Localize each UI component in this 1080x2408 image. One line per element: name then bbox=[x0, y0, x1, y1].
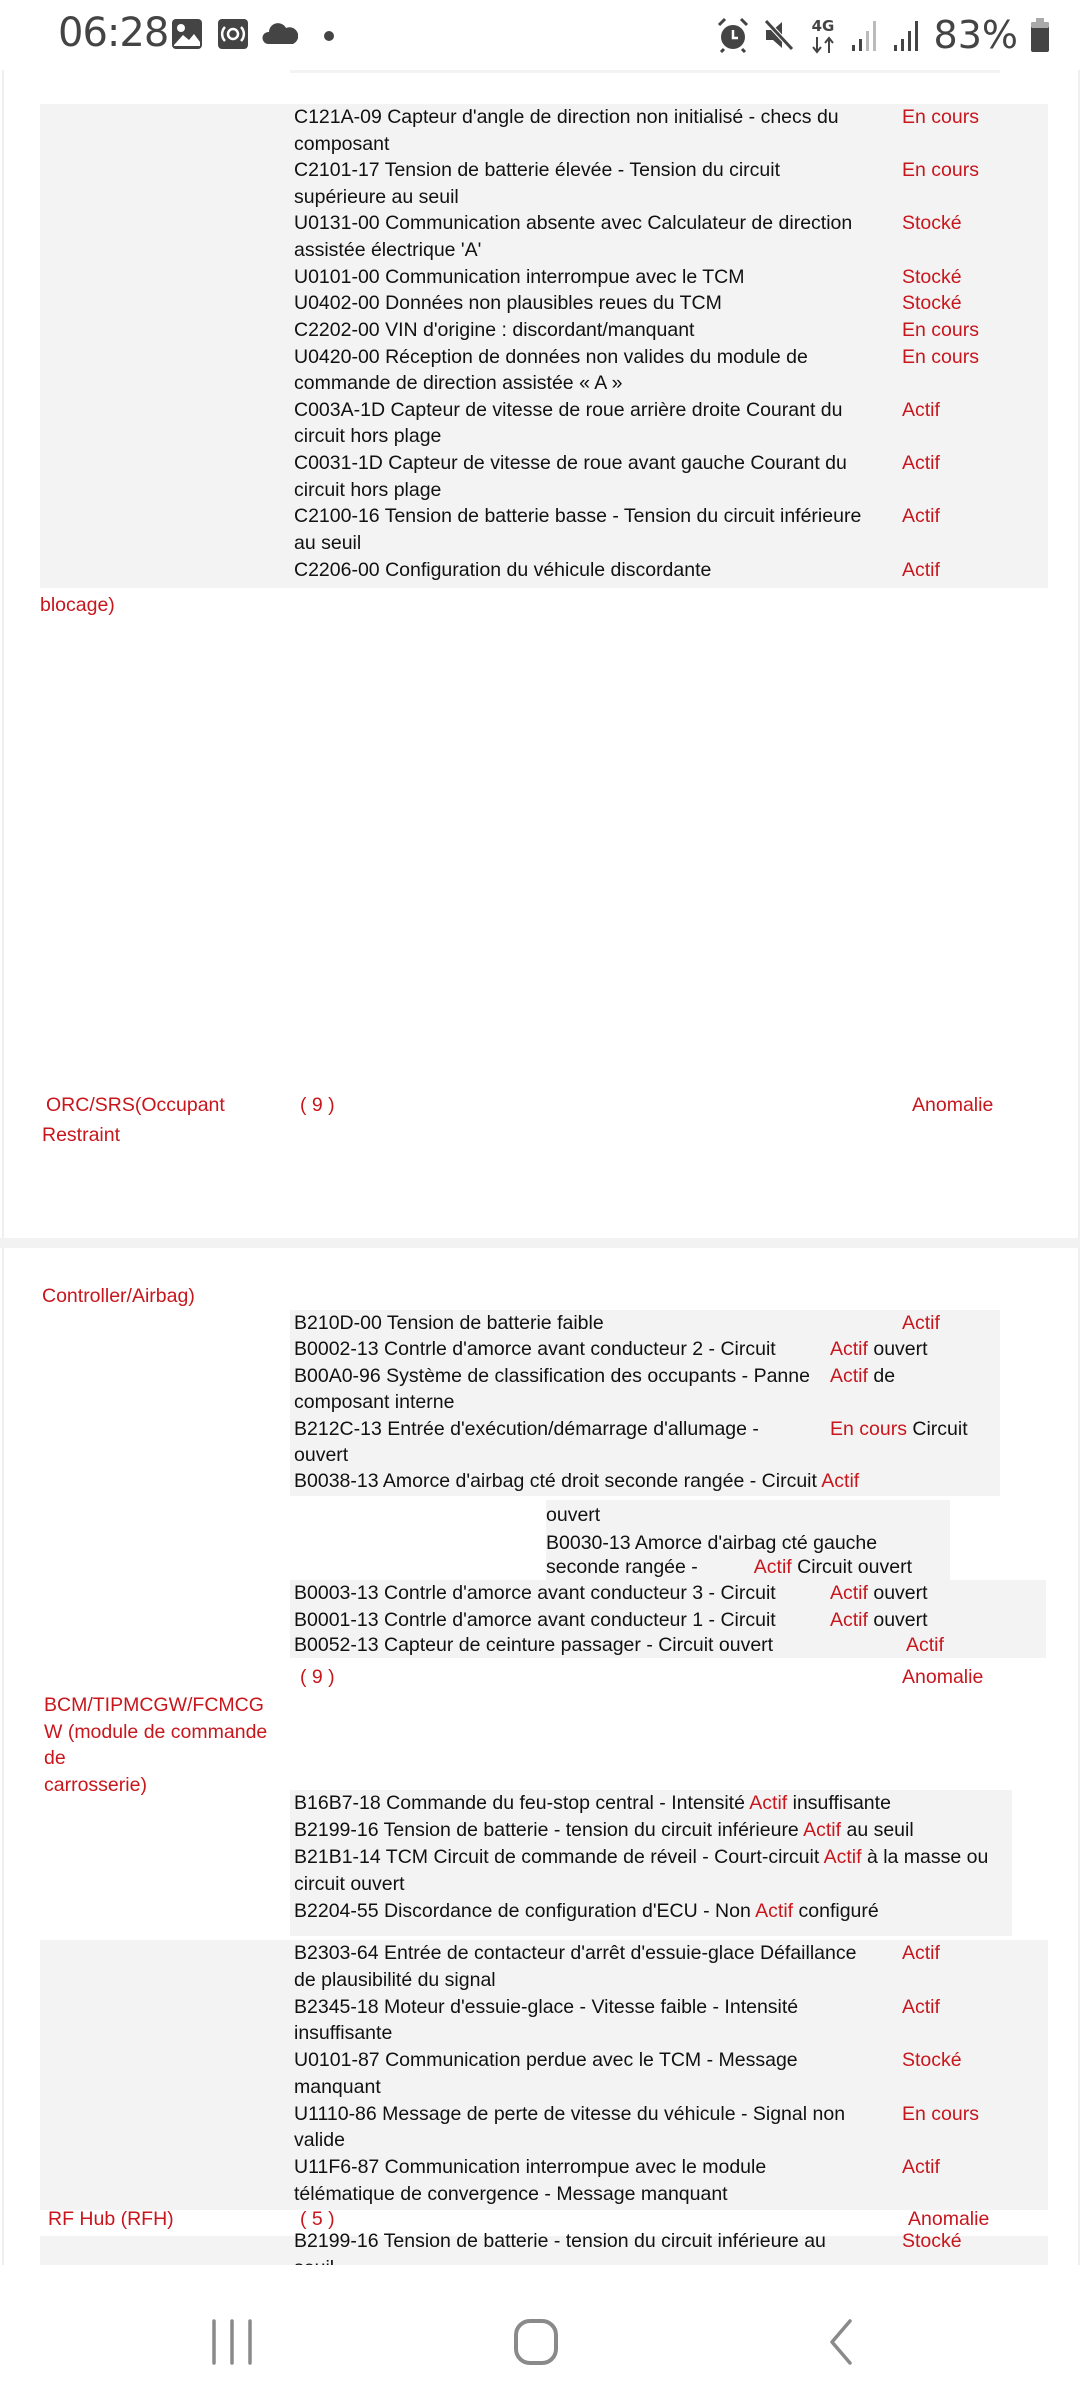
back-icon[interactable] bbox=[820, 2317, 860, 2367]
fault-description: B0003-13 Contrle d'amorce avant conducte… bbox=[294, 1580, 776, 1607]
fault-status: Actif bbox=[755, 1900, 793, 1922]
bcm-name-line: W (module de commande bbox=[44, 1719, 267, 1746]
fault-status: Actif bbox=[906, 1632, 944, 1659]
fault-status: En cours bbox=[902, 344, 979, 371]
fault-description: C2206-00 Configuration du véhicule disco… bbox=[294, 557, 711, 584]
fault-description-cont: ouvert bbox=[294, 1442, 348, 1469]
fault-row: B2204-55 Discordance de configuration d'… bbox=[294, 1898, 879, 1925]
fault-description: B0052-13 Capteur de ceinture passager - … bbox=[294, 1632, 773, 1659]
fault-description: B2345-18 Moteur d'essuie-glace - Vitesse… bbox=[294, 1994, 798, 2021]
fault-description: B00A0-96 Système de classification des o… bbox=[294, 1363, 810, 1390]
fault-description: U0402-00 Données non plausibles reues du… bbox=[294, 290, 722, 317]
fault-description: C0031-1D Capteur de vitesse de roue avan… bbox=[294, 450, 847, 477]
bcm-fault-count: ( 9 ) bbox=[300, 1664, 335, 1691]
fault-status: Actif ouvert bbox=[830, 1336, 928, 1363]
fault-description: C2100-16 Tension de batterie basse - Ten… bbox=[294, 503, 861, 530]
module-name-rfh: RF Hub (RFH) bbox=[48, 2206, 174, 2233]
4g-data-icon: 4G bbox=[808, 15, 838, 55]
fault-row: B21B1-14 TCM Circuit de commande de réve… bbox=[294, 1844, 988, 1871]
fault-status: Actif bbox=[803, 1819, 841, 1841]
fault-description-tail: au seuil bbox=[841, 1819, 914, 1841]
module-name-orc-tail: Controller/Airbag) bbox=[42, 1283, 195, 1310]
fault-description: B2199-16 Tension de batterie - tension d… bbox=[294, 1819, 803, 1841]
fault-description-cont: valide bbox=[294, 2127, 345, 2154]
fault-description-tail: insuffisante bbox=[787, 1792, 891, 1814]
fault-status: Actif bbox=[745, 1792, 787, 1814]
fault-description-tail: à la masse ou bbox=[862, 1846, 989, 1868]
fault-description: B0001-13 Contrle d'amorce avant conducte… bbox=[294, 1607, 776, 1634]
fault-status: En cours Circuit bbox=[830, 1416, 968, 1443]
fault-status: Actif bbox=[902, 450, 940, 477]
battery-percent: 83% bbox=[934, 13, 1018, 57]
fault-status: Actif bbox=[902, 2154, 940, 2181]
fault-description-cont: circuit hors plage bbox=[294, 423, 441, 450]
dot-icon bbox=[322, 18, 336, 50]
fault-description: B2199-16 Tension de batterie - tension d… bbox=[294, 2228, 826, 2255]
fault-status: En cours bbox=[902, 104, 979, 131]
gallery-icon bbox=[171, 18, 203, 50]
module-name-orc-line2: Restraint bbox=[42, 1122, 120, 1149]
fault-row: B0038-13 Amorce d'airbag cté droit secon… bbox=[294, 1468, 859, 1495]
fault-description-cont: au seuil bbox=[294, 530, 361, 557]
fault-description-cont: commande de direction assistée « A » bbox=[294, 370, 622, 397]
fault-description-cont: insuffisante bbox=[294, 2020, 392, 2047]
module-fault-count: ( 9 ) bbox=[300, 1092, 335, 1119]
fault-description-cont: composant interne bbox=[294, 1389, 454, 1416]
fault-description-cont: circuit ouvert bbox=[294, 1871, 405, 1898]
fault-status: Stocké bbox=[902, 2228, 962, 2255]
navigation-bar bbox=[0, 2265, 1080, 2408]
bcm-name-line: carrosserie) bbox=[44, 1772, 147, 1799]
fault-description: B210D-00 Tension de batterie faible bbox=[294, 1310, 604, 1337]
svg-text:4G: 4G bbox=[811, 17, 834, 35]
status-bar: 06:28 4G bbox=[0, 0, 1080, 70]
fault-description-cont: composant bbox=[294, 131, 389, 158]
fault-description: U1110-86 Message de perte de vitesse du … bbox=[294, 2101, 845, 2128]
signal-icon bbox=[850, 17, 880, 53]
fault-status: Actif bbox=[902, 557, 940, 584]
status-icons: 4G 83% bbox=[716, 10, 1050, 60]
fault-description: U0101-87 Communication perdue avec le TC… bbox=[294, 2047, 798, 2074]
fault-row: B2199-16 Tension de batterie - tension d… bbox=[294, 1817, 914, 1844]
fault-row: B16B7-18 Commande du feu-stop central - … bbox=[294, 1790, 891, 1817]
signal-icon bbox=[892, 17, 922, 53]
fault-description: U0131-00 Communication absente avec Calc… bbox=[294, 210, 852, 237]
fault-status: Actif bbox=[819, 1846, 861, 1868]
fault-row: seconde rangée -Actif Circuit ouvert bbox=[546, 1554, 912, 1581]
fault-description-cont: circuit hors plage bbox=[294, 477, 441, 504]
bcm-state: Anomalie bbox=[902, 1664, 983, 1691]
bcm-name-line: de bbox=[44, 1745, 66, 1772]
document-page-2: Controller/Airbag) B210D-00 Tension de b… bbox=[2, 1248, 1080, 2268]
fault-status: Stocké bbox=[902, 2047, 962, 2074]
fault-description: C003A-1D Capteur de vitesse de roue arri… bbox=[294, 397, 842, 424]
fault-description-cont: supérieure au seuil bbox=[294, 184, 459, 211]
fault-description: U0420-00 Réception de données non valide… bbox=[294, 344, 808, 371]
alarm-icon bbox=[716, 17, 750, 53]
fault-status: Actif bbox=[902, 1310, 940, 1337]
fault-description: C121A-09 Capteur d'angle de direction no… bbox=[294, 104, 839, 131]
cloud-icon bbox=[262, 18, 298, 50]
fault-description: C2202-00 VIN d'origine : discordant/manq… bbox=[294, 317, 694, 344]
fault-description-cont: ouvert bbox=[546, 1502, 600, 1529]
fault-status: En cours bbox=[902, 317, 979, 344]
fault-status: Stocké bbox=[902, 210, 962, 237]
recent-apps-icon[interactable] bbox=[208, 2317, 256, 2367]
document-page-1: Anomalie C121A-09 Capteur d'angle de dir… bbox=[2, 60, 1080, 1238]
fault-status: Stocké bbox=[902, 264, 962, 291]
module-state: Anomalie bbox=[912, 1092, 993, 1119]
screen-record-icon bbox=[217, 18, 249, 50]
fault-description: U0101-00 Communication interrompue avec … bbox=[294, 264, 745, 291]
fault-description: B0030-13 Amorce d'airbag cté gauche bbox=[546, 1530, 877, 1557]
fault-status: Actif ouvert bbox=[830, 1607, 928, 1634]
fault-status: En cours bbox=[902, 157, 979, 184]
fault-status: Stocké bbox=[902, 290, 962, 317]
fault-description: B0002-13 Contrle d'amorce avant conducte… bbox=[294, 1336, 776, 1363]
module-name-orc-line1: ORC/SRS(Occupant bbox=[46, 1092, 225, 1119]
bcm-name-line: BCM/TIPMCGW/FCMCG bbox=[44, 1692, 264, 1719]
fault-status: Actif ouvert bbox=[830, 1580, 928, 1607]
fault-status: En cours bbox=[902, 2101, 979, 2128]
fault-description-tail: configuré bbox=[793, 1900, 879, 1922]
clock: 06:28 bbox=[58, 10, 168, 56]
fault-status: Actif de bbox=[830, 1363, 895, 1390]
fault-description-cont: de plausibilité du signal bbox=[294, 1967, 496, 1994]
fault-description: C2101-17 Tension de batterie élevée - Te… bbox=[294, 157, 780, 184]
mute-icon bbox=[762, 17, 796, 53]
battery-icon bbox=[1030, 17, 1050, 53]
fault-description: U11F6-87 Communication interrompue avec … bbox=[294, 2154, 766, 2181]
fault-status: Actif bbox=[902, 1940, 940, 1967]
fault-description: B21B1-14 TCM Circuit de commande de réve… bbox=[294, 1846, 819, 1868]
fault-description: B2303-64 Entrée de contacteur d'arrêt d'… bbox=[294, 1940, 856, 1967]
fault-status: Actif bbox=[902, 503, 940, 530]
fault-description-cont: télématique de convergence - Message man… bbox=[294, 2181, 728, 2208]
fault-description: B16B7-18 Commande du feu-stop central - … bbox=[294, 1792, 745, 1814]
fault-description: B2204-55 Discordance de configuration d'… bbox=[294, 1900, 755, 1922]
fault-description-cont: manquant bbox=[294, 2074, 381, 2101]
fault-status: Actif bbox=[902, 1994, 940, 2021]
home-icon[interactable] bbox=[510, 2317, 562, 2367]
module-name-tail: blocage) bbox=[40, 592, 115, 619]
fault-status: Actif bbox=[902, 397, 940, 424]
fault-description-cont: assistée électrique 'A' bbox=[294, 237, 481, 264]
page-separator bbox=[0, 1238, 1080, 1248]
fault-description: B212C-13 Entrée d'exécution/démarrage d'… bbox=[294, 1416, 759, 1443]
